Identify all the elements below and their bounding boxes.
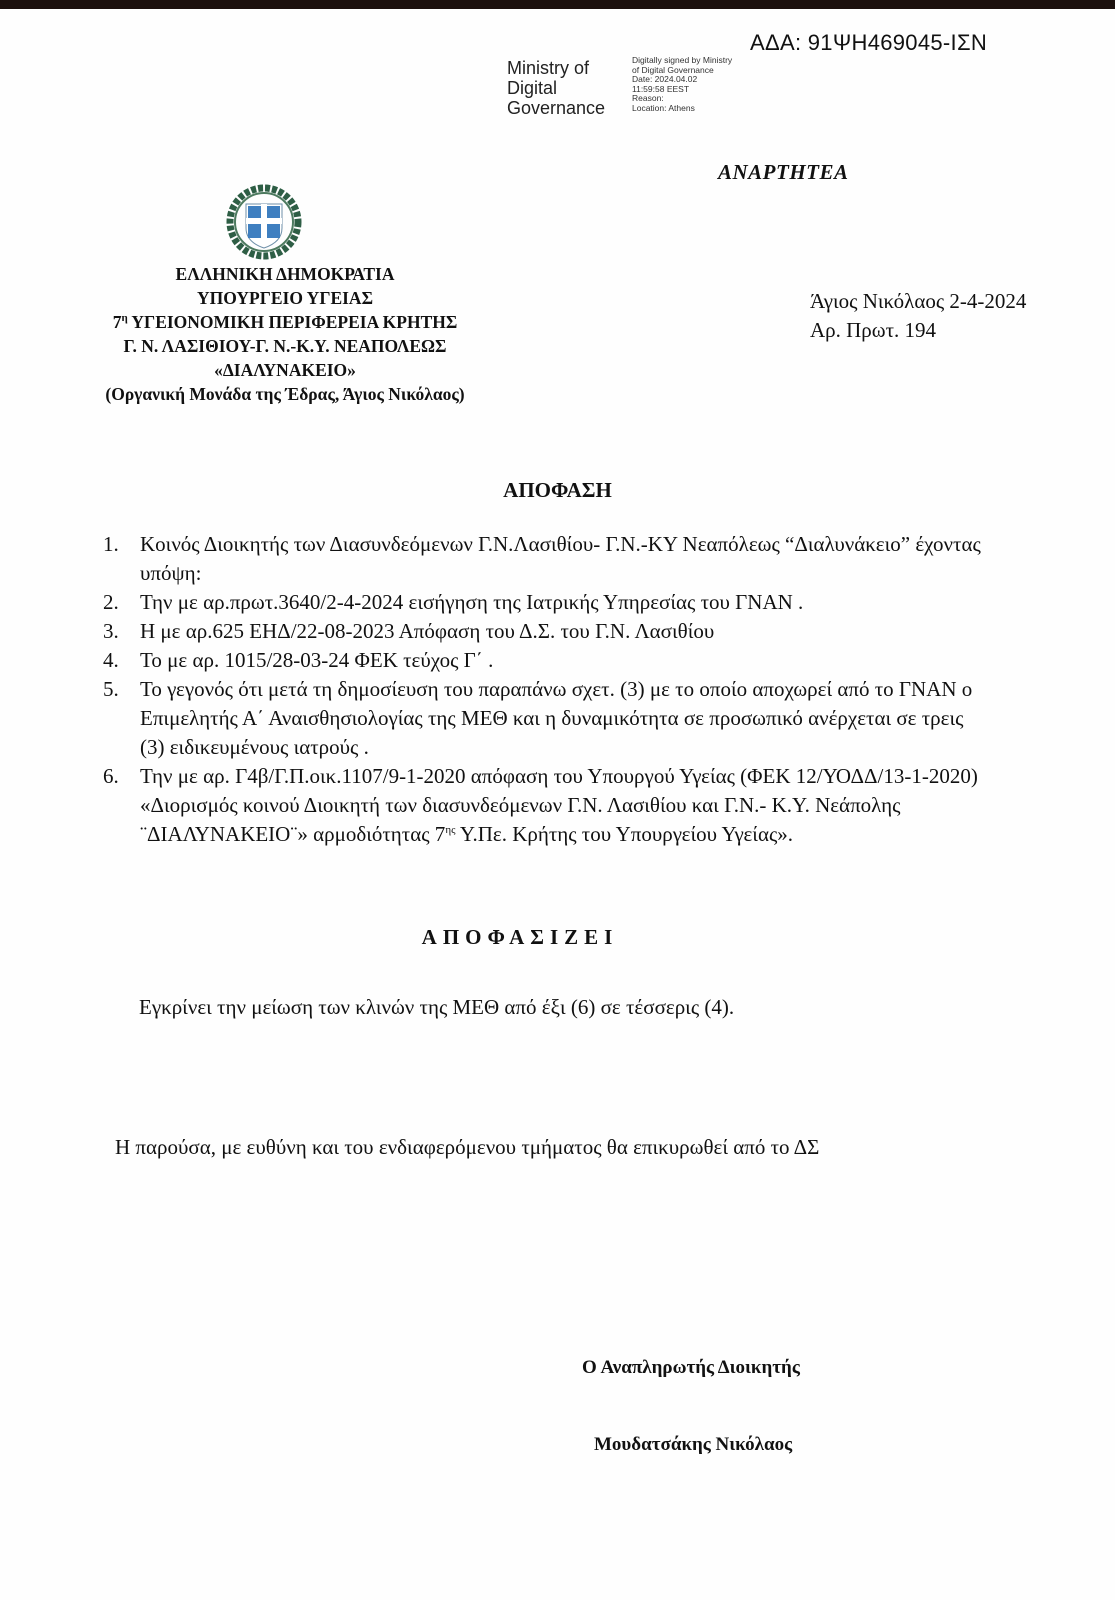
region-suffix: η: [121, 312, 127, 324]
decides-heading: ΑΠΟΦΑΣΙΖΕΙ: [0, 925, 1040, 950]
issuer-line: (Οργανική Μονάδα της Έδρας, Άγιος Νικόλα…: [60, 382, 510, 406]
recital-text: Το με αρ. 1015/28-03-24 ΦΕΚ τεύχος Γ΄ .: [140, 646, 983, 675]
digital-signature-details: Digitally signed by Ministry of Digital …: [632, 56, 732, 114]
signature-org-line: Ministry of: [507, 58, 605, 78]
greek-coat-of-arms-icon: [226, 184, 302, 260]
recital-number: 1.: [103, 530, 140, 588]
place-and-date: Άγιος Νικόλαος 2-4-2024: [810, 287, 1026, 316]
recital-item: 2.Την με αρ.πρωτ.3640/2-4-2024 εισήγηση …: [103, 588, 983, 617]
issuer-line: «ΔΙΑΛΥΝΑΚΕΙΟ»: [60, 358, 510, 382]
recital-superscript: ης: [445, 824, 455, 836]
digital-signature-organization: Ministry of Digital Governance: [507, 58, 605, 118]
recital-item: 1.Κοινός Διοικητής των Διασυνδεόμενων Γ.…: [103, 530, 983, 588]
ada-identifier: ΑΔΑ: 91ΨΗ469045-ΙΣΝ: [750, 30, 987, 56]
signature-org-line: Digital: [507, 78, 605, 98]
issuer-line-region: 7η ΥΓΕΙΟΝΟΜΙΚΗ ΠΕΡΙΦΕΡΕΙΑ ΚΡΗΤΗΣ: [60, 310, 510, 334]
ratification-note: Η παρούσα, με ευθύνη και του ενδιαφερόμε…: [115, 1135, 819, 1160]
signature-detail-line: Location: Athens: [632, 104, 732, 114]
recital-number: 2.: [103, 588, 140, 617]
issuer-line: Γ. Ν. ΛΑΣΙΘΙΟΥ-Γ. Ν.-Κ.Υ. ΝΕΑΠΟΛΕΩΣ: [60, 334, 510, 358]
recital-number: 4.: [103, 646, 140, 675]
document-title: ΑΠΟΦΑΣΗ: [0, 478, 1115, 503]
recital-item: 5.Το γεγονός ότι μετά τη δημοσίευση του …: [103, 675, 983, 762]
signatory-role: Ο Αναπληρωτής Διοικητής: [582, 1357, 800, 1379]
recital-number: 3.: [103, 617, 140, 646]
decision-text: Εγκρίνει την μείωση των κλινών της ΜΕΘ α…: [139, 995, 734, 1020]
recital-item: 6.Την με αρ. Γ4β/Γ.Π.οικ.1107/9-1-2020 α…: [103, 762, 983, 849]
recital-number: 6.: [103, 762, 140, 849]
recital-text: Η με αρ.625 ΕΗΔ/22-08-2023 Απόφαση του Δ…: [140, 617, 983, 646]
recital-text: Κοινός Διοικητής των Διασυνδεόμενων Γ.Ν.…: [140, 530, 983, 588]
place-and-date-block: Άγιος Νικόλαος 2-4-2024 Αρ. Πρωτ. 194: [810, 287, 1026, 345]
signatory-name: Μουδατσάκης Νικόλαος: [594, 1434, 792, 1456]
recital-item: 4.Το με αρ. 1015/28-03-24 ΦΕΚ τεύχος Γ΄ …: [103, 646, 983, 675]
recitals-list: 1.Κοινός Διοικητής των Διασυνδεόμενων Γ.…: [103, 530, 983, 849]
recital-text: Την με αρ.πρωτ.3640/2-4-2024 εισήγηση τη…: [140, 588, 983, 617]
recital-number: 5.: [103, 675, 140, 762]
issuer-line: ΥΠΟΥΡΓΕΙΟ ΥΓΕΙΑΣ: [60, 286, 510, 310]
posting-label: ΑΝΑΡΤΗΤΕΑ: [718, 160, 849, 185]
top-border-bar: [0, 0, 1115, 9]
recital-text: Την με αρ. Γ4β/Γ.Π.οικ.1107/9-1-2020 από…: [140, 762, 983, 849]
recital-text-part: Υ.Πε. Κρήτης του Υπουργείου Υγείας».: [455, 822, 793, 846]
protocol-number: Αρ. Πρωτ. 194: [810, 316, 1026, 345]
signature-org-line: Governance: [507, 98, 605, 118]
recital-item: 3.Η με αρ.625 ΕΗΔ/22-08-2023 Απόφαση του…: [103, 617, 983, 646]
issuing-authority: ΕΛΛΗΝΙΚΗ ΔΗΜΟΚΡΑΤΙΑ ΥΠΟΥΡΓΕΙΟ ΥΓΕΙΑΣ 7η …: [60, 262, 510, 406]
issuer-line: ΕΛΛΗΝΙΚΗ ΔΗΜΟΚΡΑΤΙΑ: [60, 262, 510, 286]
region-name: ΥΓΕΙΟΝΟΜΙΚΗ ΠΕΡΙΦΕΡΕΙΑ ΚΡΗΤΗΣ: [131, 312, 457, 332]
recital-text: Το γεγονός ότι μετά τη δημοσίευση του πα…: [140, 675, 983, 762]
